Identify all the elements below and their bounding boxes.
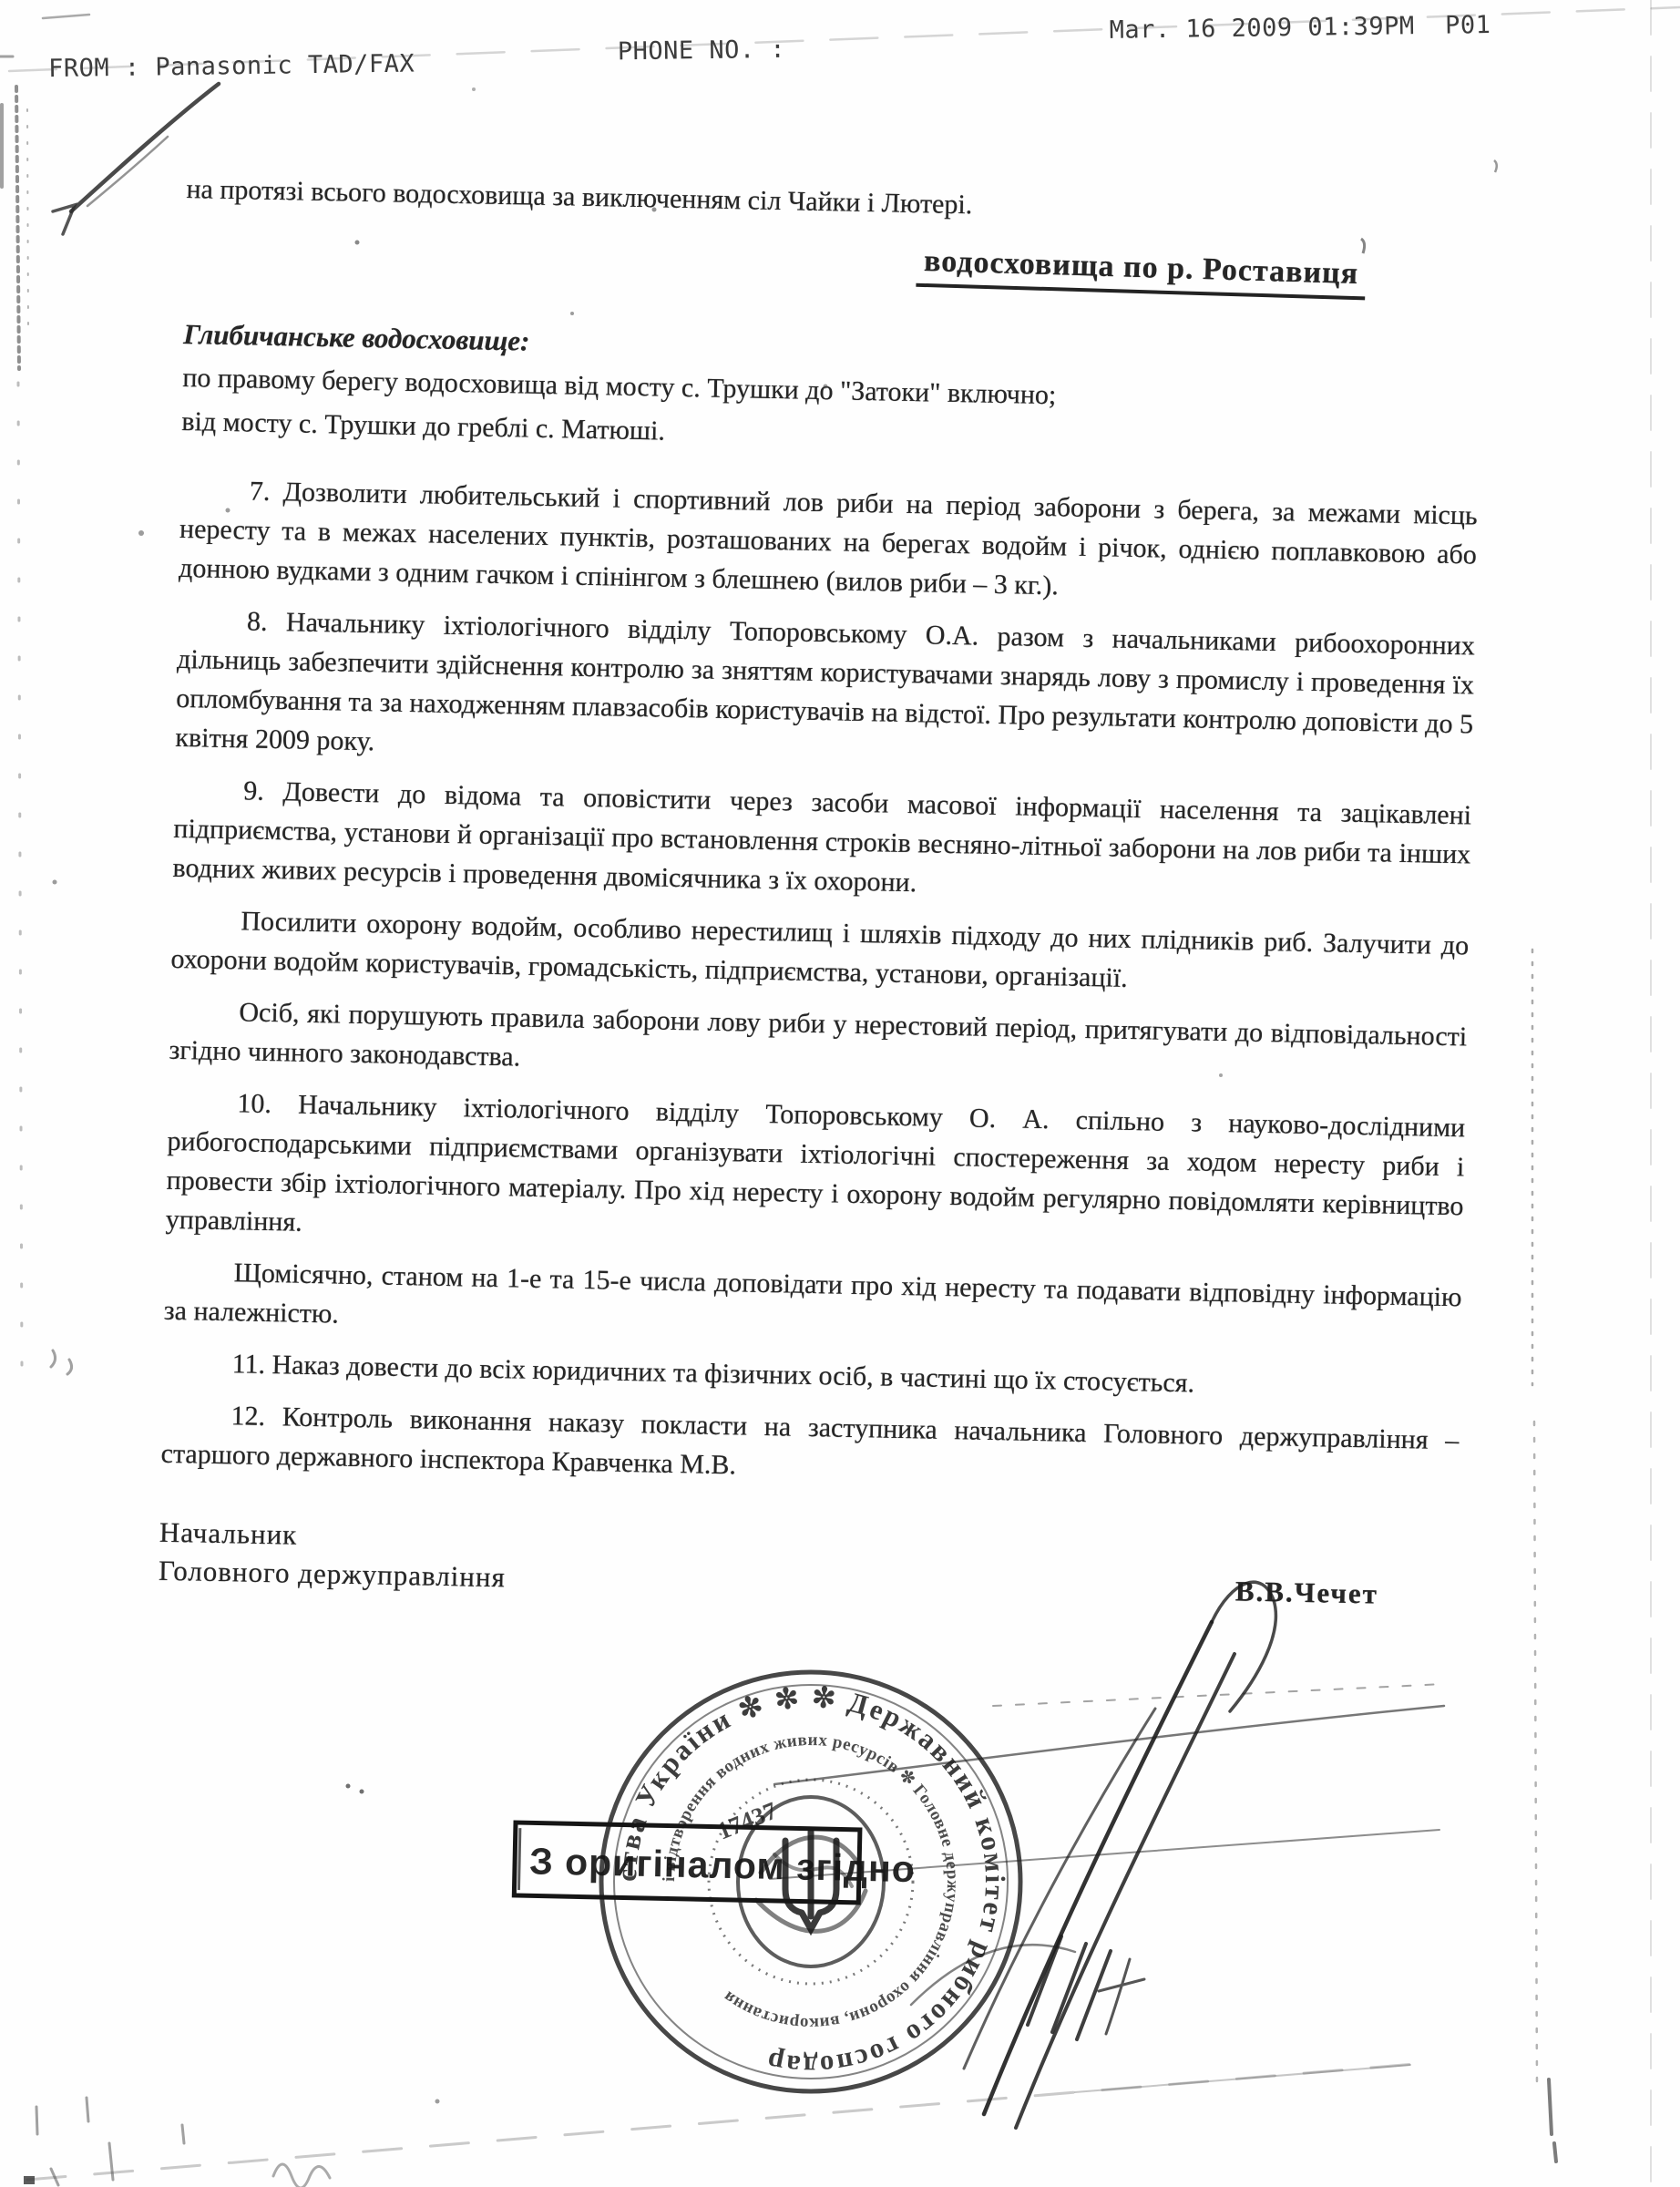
document-paragraph: 12. Контроль виконання наказу покласти н… — [160, 1395, 1459, 1500]
bottom-left-noise — [36, 2098, 184, 2185]
seal-outer-circle — [601, 1672, 1020, 2091]
certification-stamp-label: З оригіналом згідно — [529, 1840, 917, 1890]
signature-slashes — [1028, 1936, 1111, 2039]
intro-line: на протязі всього водосховища за виключе… — [186, 169, 1484, 235]
document-paragraph: Посилити охорону водойм, особливо нерест… — [170, 900, 1469, 1005]
fax-header: FROM : Panasonic TAD/FAX PHONE NO. : Mar… — [0, 0, 1680, 128]
signature-block: Начальник Головного держуправління В.В.Ч… — [159, 1514, 1457, 1617]
handwritten-signature — [770, 1582, 1444, 2128]
bottom-right-mark — [1549, 2079, 1556, 2161]
document-paragraph: Осіб, які порушують правила заборони лов… — [169, 991, 1467, 1096]
section-heading: водосховища по р. Роставиця — [916, 241, 1366, 301]
fax-phone-label: PHONE NO. : — [618, 36, 786, 67]
document-paragraph: 10. Начальнику іхтіологічного відділу То… — [165, 1083, 1465, 1266]
document-paragraph: 8. Начальнику іхтіологічного відділу Топ… — [175, 601, 1475, 784]
document-paragraph: Щомісячно, станом на 1-е та 15-е числа д… — [163, 1252, 1461, 1357]
order-paragraphs: 7. Дозволити любительський і спортивний … — [160, 470, 1478, 1499]
seal-inner-text: і відтворення водних живих ресурсів ✼ Го… — [660, 1730, 962, 2033]
certification-stamp: З оригіналом згідно — [514, 1822, 916, 1904]
trident-icon — [785, 1832, 836, 1929]
seal-dotted-circle — [709, 1780, 913, 1984]
document-body: на протязі всього водосховища за виключе… — [159, 169, 1484, 1616]
signatory-name: В.В.Чечет — [1234, 1571, 1378, 1613]
fax-datetime: Mar. 16 2009 01:39PM P01 — [1109, 11, 1490, 45]
document-paragraph: 7. Дозволити любительський і спортивний … — [179, 470, 1478, 614]
document-paragraph: 9. Довести до відома та оповістити через… — [172, 770, 1471, 914]
fax-from-label: FROM : Panasonic TAD/FAX — [48, 49, 415, 83]
seal-center-emblem — [738, 1797, 884, 1966]
page-bottom-edge-line — [27, 2063, 1426, 2180]
left-edge-noise — [16, 87, 19, 369]
seal-number: 17437 — [713, 1796, 781, 1844]
round-seal: ства України ✼ ✼ ✼ Державний комітет риб… — [601, 1672, 1020, 2091]
seal-outer-text: ства України ✼ ✼ ✼ Державний комітет риб… — [610, 1681, 1011, 2083]
fax-page: FROM : Panasonic TAD/FAX PHONE NO. : Mar… — [0, 0, 1680, 2187]
left-margin-marks — [51, 1350, 72, 1374]
